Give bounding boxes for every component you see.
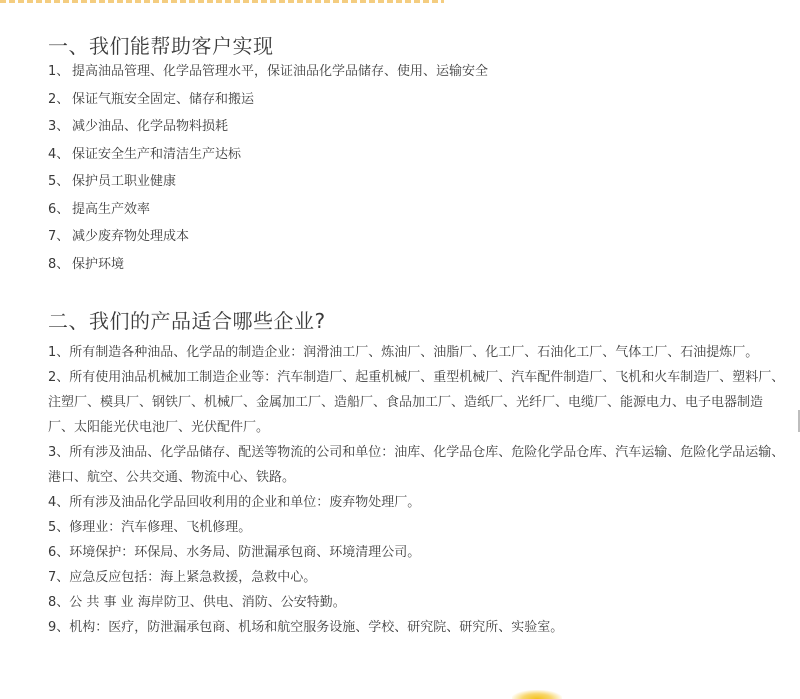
section-heading-target-industries: 二、我们的产品适合哪些企业?	[48, 305, 326, 334]
list-item: 9、机构：医疗，防泄漏承包商、机场和航空服务设施、学校、研究院、研究所、实验室。	[48, 615, 788, 640]
list-item: 6、提高生产效率	[48, 202, 488, 230]
list-item: 4、所有涉及油品化学品回收利用的企业和单位：废弃物处理厂。	[48, 490, 788, 515]
list-item: 5、修理业：汽车修理、飞机修理。	[48, 515, 788, 540]
list-item: 7、应急反应包括：海上紧急救援，急救中心。	[48, 565, 788, 590]
section-heading-benefits: 一、我们能帮助客户实现	[48, 30, 274, 59]
benefits-list: 1、提高油品管理、化学品管理水平，保证油品化学品储存、使用、运输安全 2、保证气…	[48, 64, 488, 284]
list-item: 8、公 共 事 业 海岸防卫、供电、消防、公安特勤。	[48, 590, 788, 615]
list-item: 4、保证安全生产和清洁生产达标	[48, 147, 488, 175]
list-item: 1、所有制造各种油品、化学品的制造企业：润滑油工厂、炼油厂、油脂厂、化工厂、石油…	[48, 340, 788, 365]
list-item: 2、所有使用油品机械加工制造企业等：汽车制造厂、起重机械厂、重型机械厂、汽车配件…	[48, 365, 788, 440]
industries-list: 1、所有制造各种油品、化学品的制造企业：润滑油工厂、炼油厂、油脂厂、化工厂、石油…	[48, 340, 788, 640]
top-dashed-divider	[0, 0, 444, 3]
list-item: 3、所有涉及油品、化学品储存、配送等物流的公司和单位：油库、化学品仓库、危险化学…	[48, 440, 788, 490]
list-item: 5、保护员工职业健康	[48, 174, 488, 202]
list-item: 6、环境保护：环保局、水务局、防泄漏承包商、环境清理公司。	[48, 540, 788, 565]
list-item: 3、减少油品、化学品物料损耗	[48, 119, 488, 147]
decorative-glow	[512, 690, 562, 699]
list-item: 1、提高油品管理、化学品管理水平，保证油品化学品储存、使用、运输安全	[48, 64, 488, 92]
list-item: 8、保护环境	[48, 257, 488, 285]
list-item: 7、减少废弃物处理成本	[48, 229, 488, 257]
list-item: 2、保证气瓶安全固定、储存和搬运	[48, 92, 488, 120]
